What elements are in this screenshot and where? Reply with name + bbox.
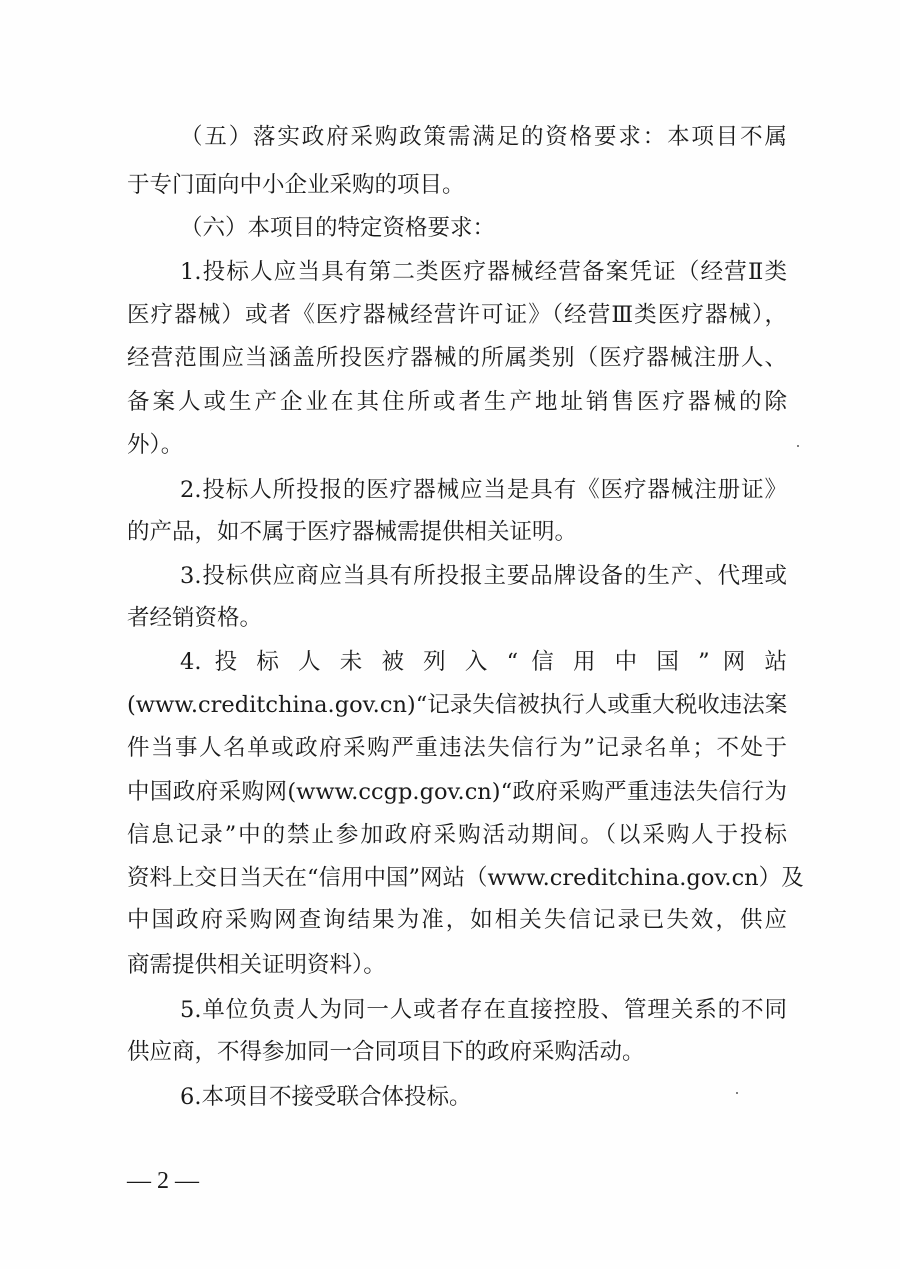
- text-line: 5.单位负责人为同一人或者存在直接控股、管理关系的不同: [180, 995, 787, 1025]
- text-line: 于专门面向中小企业采购的项目。: [127, 170, 787, 200]
- text-line: 经营范围应当涵盖所投医疗器械的所属类别（医疗器械注册人、: [127, 343, 787, 373]
- scan-speck: [736, 1092, 738, 1094]
- text-line: 资料上交日当天在“信用中国”网站（www.creditchina.gov.cn）…: [127, 863, 787, 893]
- text-line: 供应商，不得参加同一合同项目下的政府采购活动。: [127, 1037, 787, 1067]
- text-line: 者经销资格。: [127, 603, 787, 633]
- text-line: 3.投标供应商应当具有所投报主要品牌设备的生产、代理或: [180, 561, 787, 591]
- text-line: 件当事人名单或政府采购严重违法失信行为”记录名单；不处于: [127, 733, 787, 763]
- document-page: （五）落实政府采购政策需满足的资格要求：本项目不属于专门面向中小企业采购的项目。…: [0, 0, 900, 1269]
- text-line: 商需提供相关证明资料）。: [127, 950, 787, 980]
- text-line: 中国政府采购网查询结果为准，如相关失信记录已失效，供应: [127, 905, 787, 935]
- text-line: 医疗器械）或者《医疗器械经营许可证》（经营Ⅲ类医疗器械），: [127, 300, 787, 330]
- text-line: 4. 投 标 人 未 被 列 入 “ 信 用 中 国 ” 网 站: [180, 647, 787, 677]
- text-line: 信息记录”中的禁止参加政府采购活动期间。（以采购人于投标: [127, 820, 787, 850]
- text-line: 6.本项目不接受联合体投标。: [180, 1082, 787, 1112]
- text-line: 备案人或生产企业在其住所或者生产地址销售医疗器械的除: [127, 387, 787, 417]
- text-line: 中国政府采购网(www.ccgp.gov.cn)“政府采购严重违法失信行为: [127, 777, 787, 807]
- text-line: （五）落实政府采购政策需满足的资格要求：本项目不属: [180, 122, 787, 152]
- text-line: (www.creditchina.gov.cn)“记录失信被执行人或重大税收违法…: [127, 690, 787, 720]
- text-line: （六）本项目的特定资格要求：: [180, 213, 787, 243]
- text-line: 1.投标人应当具有第二类医疗器械经营备案凭证（经营Ⅱ类: [180, 257, 787, 287]
- page-number: — 2 —: [127, 1166, 199, 1196]
- text-line: 的产品，如不属于医疗器械需提供相关证明。: [127, 517, 787, 547]
- text-line: 外）。: [127, 430, 787, 460]
- text-line: 2.投标人所投报的医疗器械应当是具有《医疗器械注册证》: [180, 475, 787, 505]
- scan-speck: [797, 445, 799, 447]
